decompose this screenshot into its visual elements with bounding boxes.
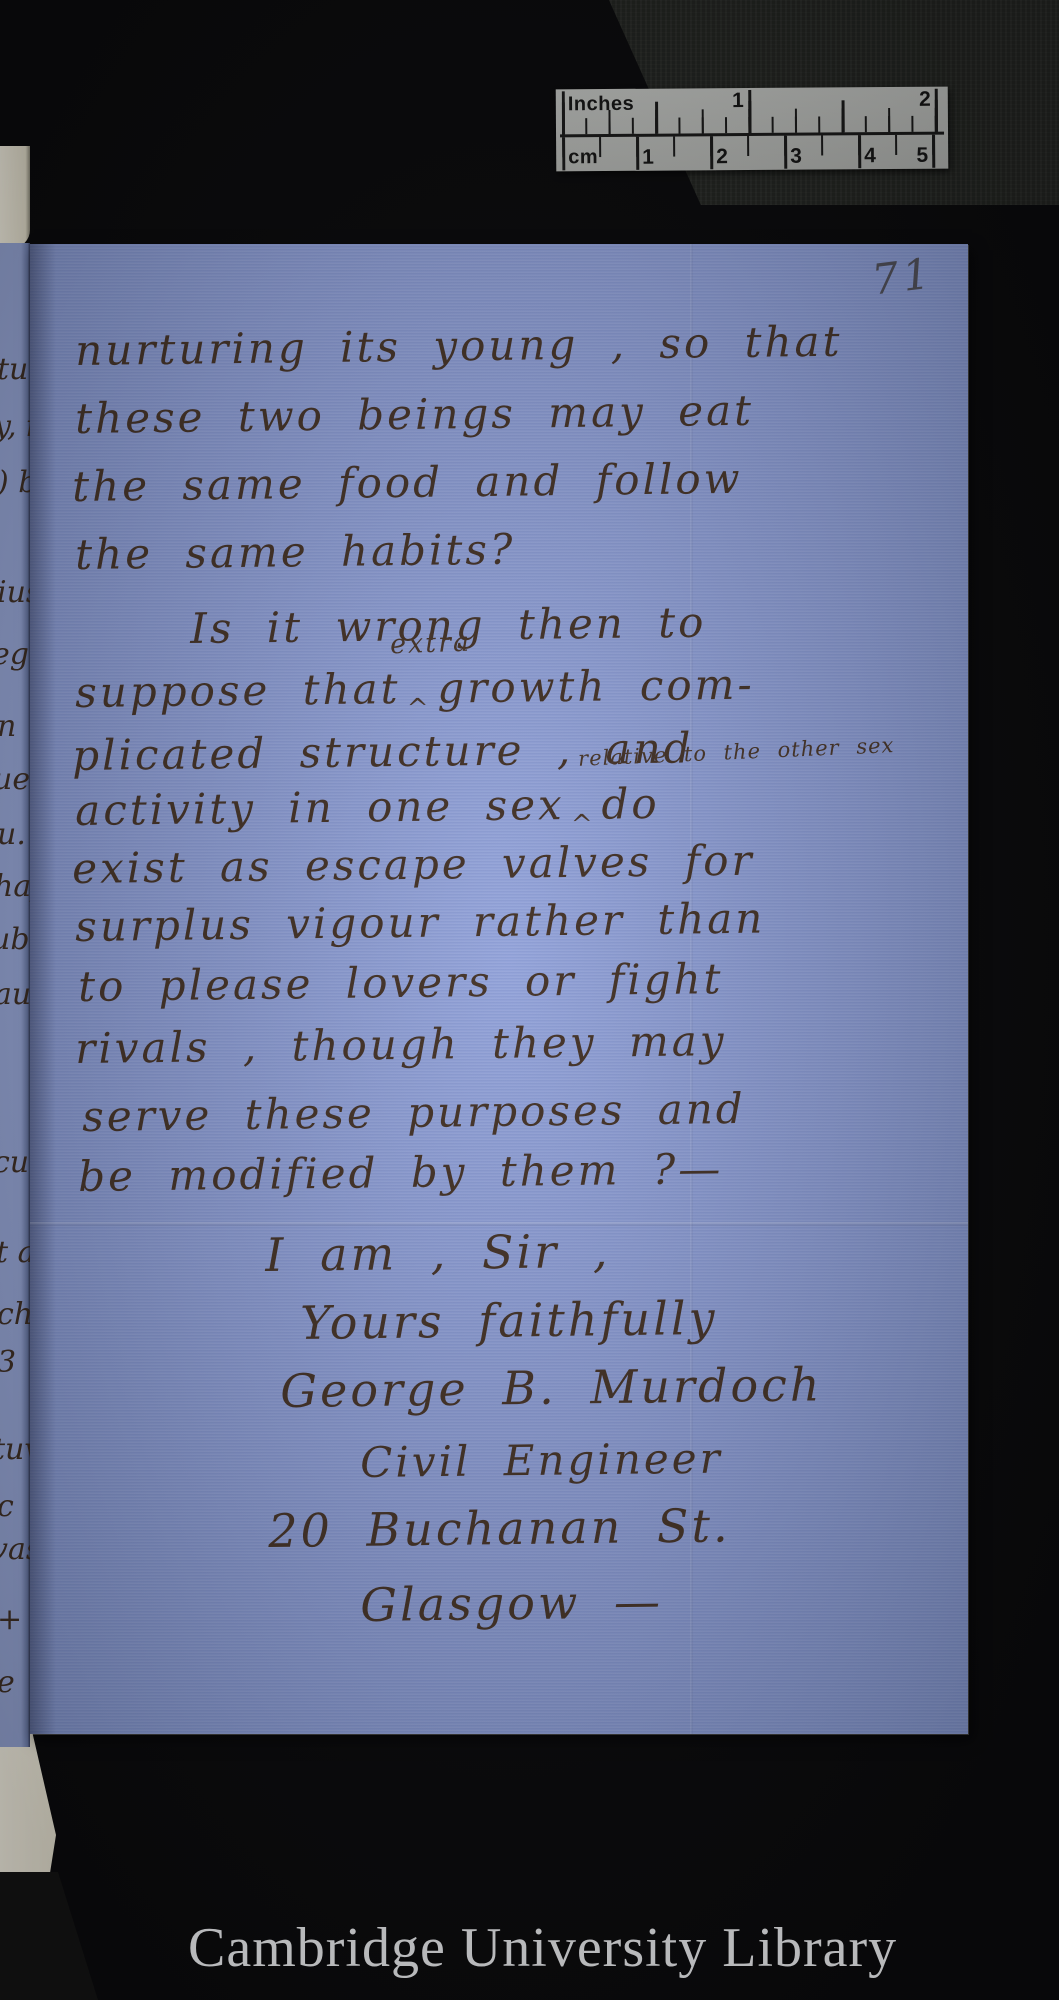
measuring-ruler: Inches 1 2 cm 1 2 3 4 5: [556, 87, 949, 172]
letter-line: be modified by them ?—: [78, 1148, 724, 1198]
ruler-inch-number: 1: [714, 89, 744, 113]
letter-line: surplus vigour rather than: [75, 898, 766, 948]
letter-line: serve these purposes and: [82, 1088, 746, 1138]
margin-fragment: ub it: [0, 925, 30, 955]
margin-fragment: ) by: [0, 468, 30, 498]
margin-fragment: cul: [0, 1148, 30, 1178]
margin-fragment: t a: [0, 1238, 30, 1268]
letter-line-text: do: [601, 779, 660, 829]
signature: George B. Murdoch: [280, 1361, 823, 1414]
facing-page-edge: tu y, if ) by ius egus n uew u. haf ub i…: [0, 243, 30, 1747]
ruler-cm-number: 2: [716, 145, 746, 169]
address-line: 20 Buchanan St.: [268, 1502, 731, 1554]
letter-line: these two beings may eat: [75, 390, 754, 440]
margin-fragment: tuv: [0, 1435, 30, 1465]
library-caption: Cambridge University Library: [188, 1916, 897, 1980]
insertion-caret: ^: [571, 812, 596, 838]
ruler-inches-label: Inches: [568, 93, 635, 116]
ruler-cm-number: 3: [790, 145, 820, 169]
insertion-caret: ^: [407, 696, 432, 722]
underlying-sheet-edge: [0, 146, 30, 248]
letter-line: suppose that^growth com-: [75, 664, 755, 726]
ruler-cm-label: cm: [568, 146, 598, 169]
margin-fragment: 3: [0, 1348, 16, 1378]
ruler-cm-number: 5: [914, 144, 928, 168]
letter-line: nurturing its young , so that: [75, 321, 843, 372]
margin-fragment: u.: [0, 820, 26, 850]
letter-line: to please lovers or fight: [78, 958, 724, 1008]
margin-fragment: n: [0, 712, 16, 742]
ruler-inch-number: 2: [901, 88, 931, 112]
margin-fragment: e: [0, 1668, 15, 1698]
letter-line-text: activity in one sex: [75, 780, 565, 835]
ruler-cm-number: 1: [642, 146, 672, 170]
ruler-cm-number: 4: [864, 144, 894, 168]
interlinear-insertion: extra: [390, 629, 472, 659]
margin-fragment: +: [0, 1605, 22, 1635]
letter-page: 71 nurturing its young , so that these t…: [30, 244, 968, 1734]
margin-fragment: y, if: [0, 412, 30, 442]
letter-closing: Yours faithfully: [300, 1295, 718, 1346]
manuscript-scan: Inches 1 2 cm 1 2 3 4 5 tu y, if ) by iu…: [0, 0, 1059, 2000]
letter-closing: I am , Sir ,: [265, 1228, 611, 1278]
letter-line-text: growth com-: [437, 660, 755, 713]
margin-fragment: tu: [0, 355, 28, 385]
letter-line: exist as escape valves for: [72, 840, 755, 890]
gutter-shadow: [30, 244, 56, 1734]
page-number: 71: [869, 248, 936, 304]
letter-line: rivals , though they may: [75, 1020, 727, 1070]
margin-fragment: aul: [0, 980, 30, 1010]
signature-title: Civil Engineer: [360, 1438, 723, 1484]
address-line: Glasgow —: [360, 1578, 663, 1628]
margin-fragment: uew: [0, 765, 30, 795]
margin-fragment: c: [0, 1492, 14, 1522]
margin-fragment: ius: [0, 578, 30, 608]
letter-line: the same habits?: [75, 529, 516, 576]
margin-fragment: haf: [0, 872, 30, 902]
letter-line: the same food and follow: [72, 458, 743, 508]
sheet-shadow: [0, 1872, 110, 2000]
margin-fragment: ch: [0, 1300, 30, 1330]
letter-line: activity in one sex^do: [75, 783, 660, 844]
margin-fragment: egus: [0, 640, 30, 670]
letter-line-text: suppose that: [75, 664, 401, 717]
margin-fragment: vas: [0, 1535, 30, 1565]
